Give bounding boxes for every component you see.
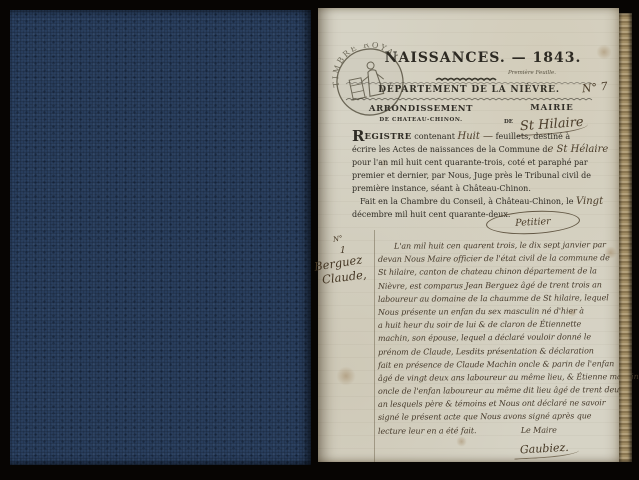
registre-line4: premier et dernier, par Nous, Juge près … xyxy=(352,169,614,182)
act-line: lecture leur en a été fait. xyxy=(378,426,476,436)
act-line: prénom de Claude, Lesdits présentation &… xyxy=(378,344,619,359)
foxing-stain xyxy=(596,44,612,60)
foxing-stain xyxy=(336,366,356,386)
arrondissement-label: ARRONDISSEMENT xyxy=(356,104,486,114)
act-number-label: N° xyxy=(332,234,343,243)
feuillets-count-handwriting: Huit — xyxy=(457,131,493,142)
margin-rule xyxy=(374,230,375,462)
register-page: TIMBRE ROYAL NAISSANCES. — 1843. Premièr… xyxy=(318,8,619,462)
title-naissances: NAISSANCES. xyxy=(385,50,506,66)
title-year: 1843. xyxy=(533,50,582,66)
decorative-rule xyxy=(346,97,592,102)
act-line: machin, son épouse, lequel a déclaré vou… xyxy=(378,330,619,345)
registre-word: EGISTRE xyxy=(364,132,411,142)
registre-line1-end: feuillets, destiné à xyxy=(493,132,570,141)
act-line: signé le présent acte que Nous avons sig… xyxy=(378,410,619,425)
birth-act-body: L'an mil huit cen quarent trois, le dix … xyxy=(378,239,619,437)
sheet-note: Première Feuille. xyxy=(508,70,556,76)
registre-line2: écrire les Actes de naissances de la Com… xyxy=(352,145,547,154)
register-paragraph: REGISTRE contenant Huit — feuillets, des… xyxy=(352,130,614,221)
registre-line1-mid: contenant xyxy=(412,132,458,141)
act-line: Nièvre, est comparus Jean Berguez âgé de… xyxy=(378,278,619,293)
date-day-handwriting: Vingt xyxy=(576,196,603,207)
register-photo: TIMBRE ROYAL NAISSANCES. — 1843. Premièr… xyxy=(0,0,639,480)
act-closing: Le Maire xyxy=(521,425,557,434)
mairie-de-label: DE xyxy=(504,119,513,125)
department-annotation-handwriting: N° 7 xyxy=(582,80,609,96)
mayor-signature: Gaubiez. xyxy=(514,440,580,459)
act-line: St hilaire, canton de chateau chinon dép… xyxy=(378,265,619,280)
book-cover xyxy=(10,10,311,465)
registre-line5: première instance, séant à Château-Chino… xyxy=(352,182,614,195)
arrondissement-value: DE CHATEAU-CHINON. xyxy=(356,117,486,123)
commune-name-handwriting: e St Hélaire xyxy=(547,144,608,155)
page-title: NAISSANCES. — 1843. xyxy=(380,50,586,66)
department-line: DÉPARTEMENT DE LA NIÈVRE. N° 7 xyxy=(336,85,602,95)
page-edge-stack xyxy=(619,13,632,462)
title-dash: — xyxy=(512,50,527,66)
foxing-stain xyxy=(456,436,467,447)
fait-line-start: Fait en la Chambre du Conseil, à Château… xyxy=(360,197,576,206)
registre-line3: pour l'an mil huit cent quarante-trois, … xyxy=(352,156,614,169)
department-text: DÉPARTEMENT DE LA NIÈVRE. xyxy=(378,85,560,95)
arrondissement-block: ARRONDISSEMENT DE CHATEAU-CHINON. xyxy=(356,104,486,123)
mairie-label: MAIRIE xyxy=(496,103,608,113)
